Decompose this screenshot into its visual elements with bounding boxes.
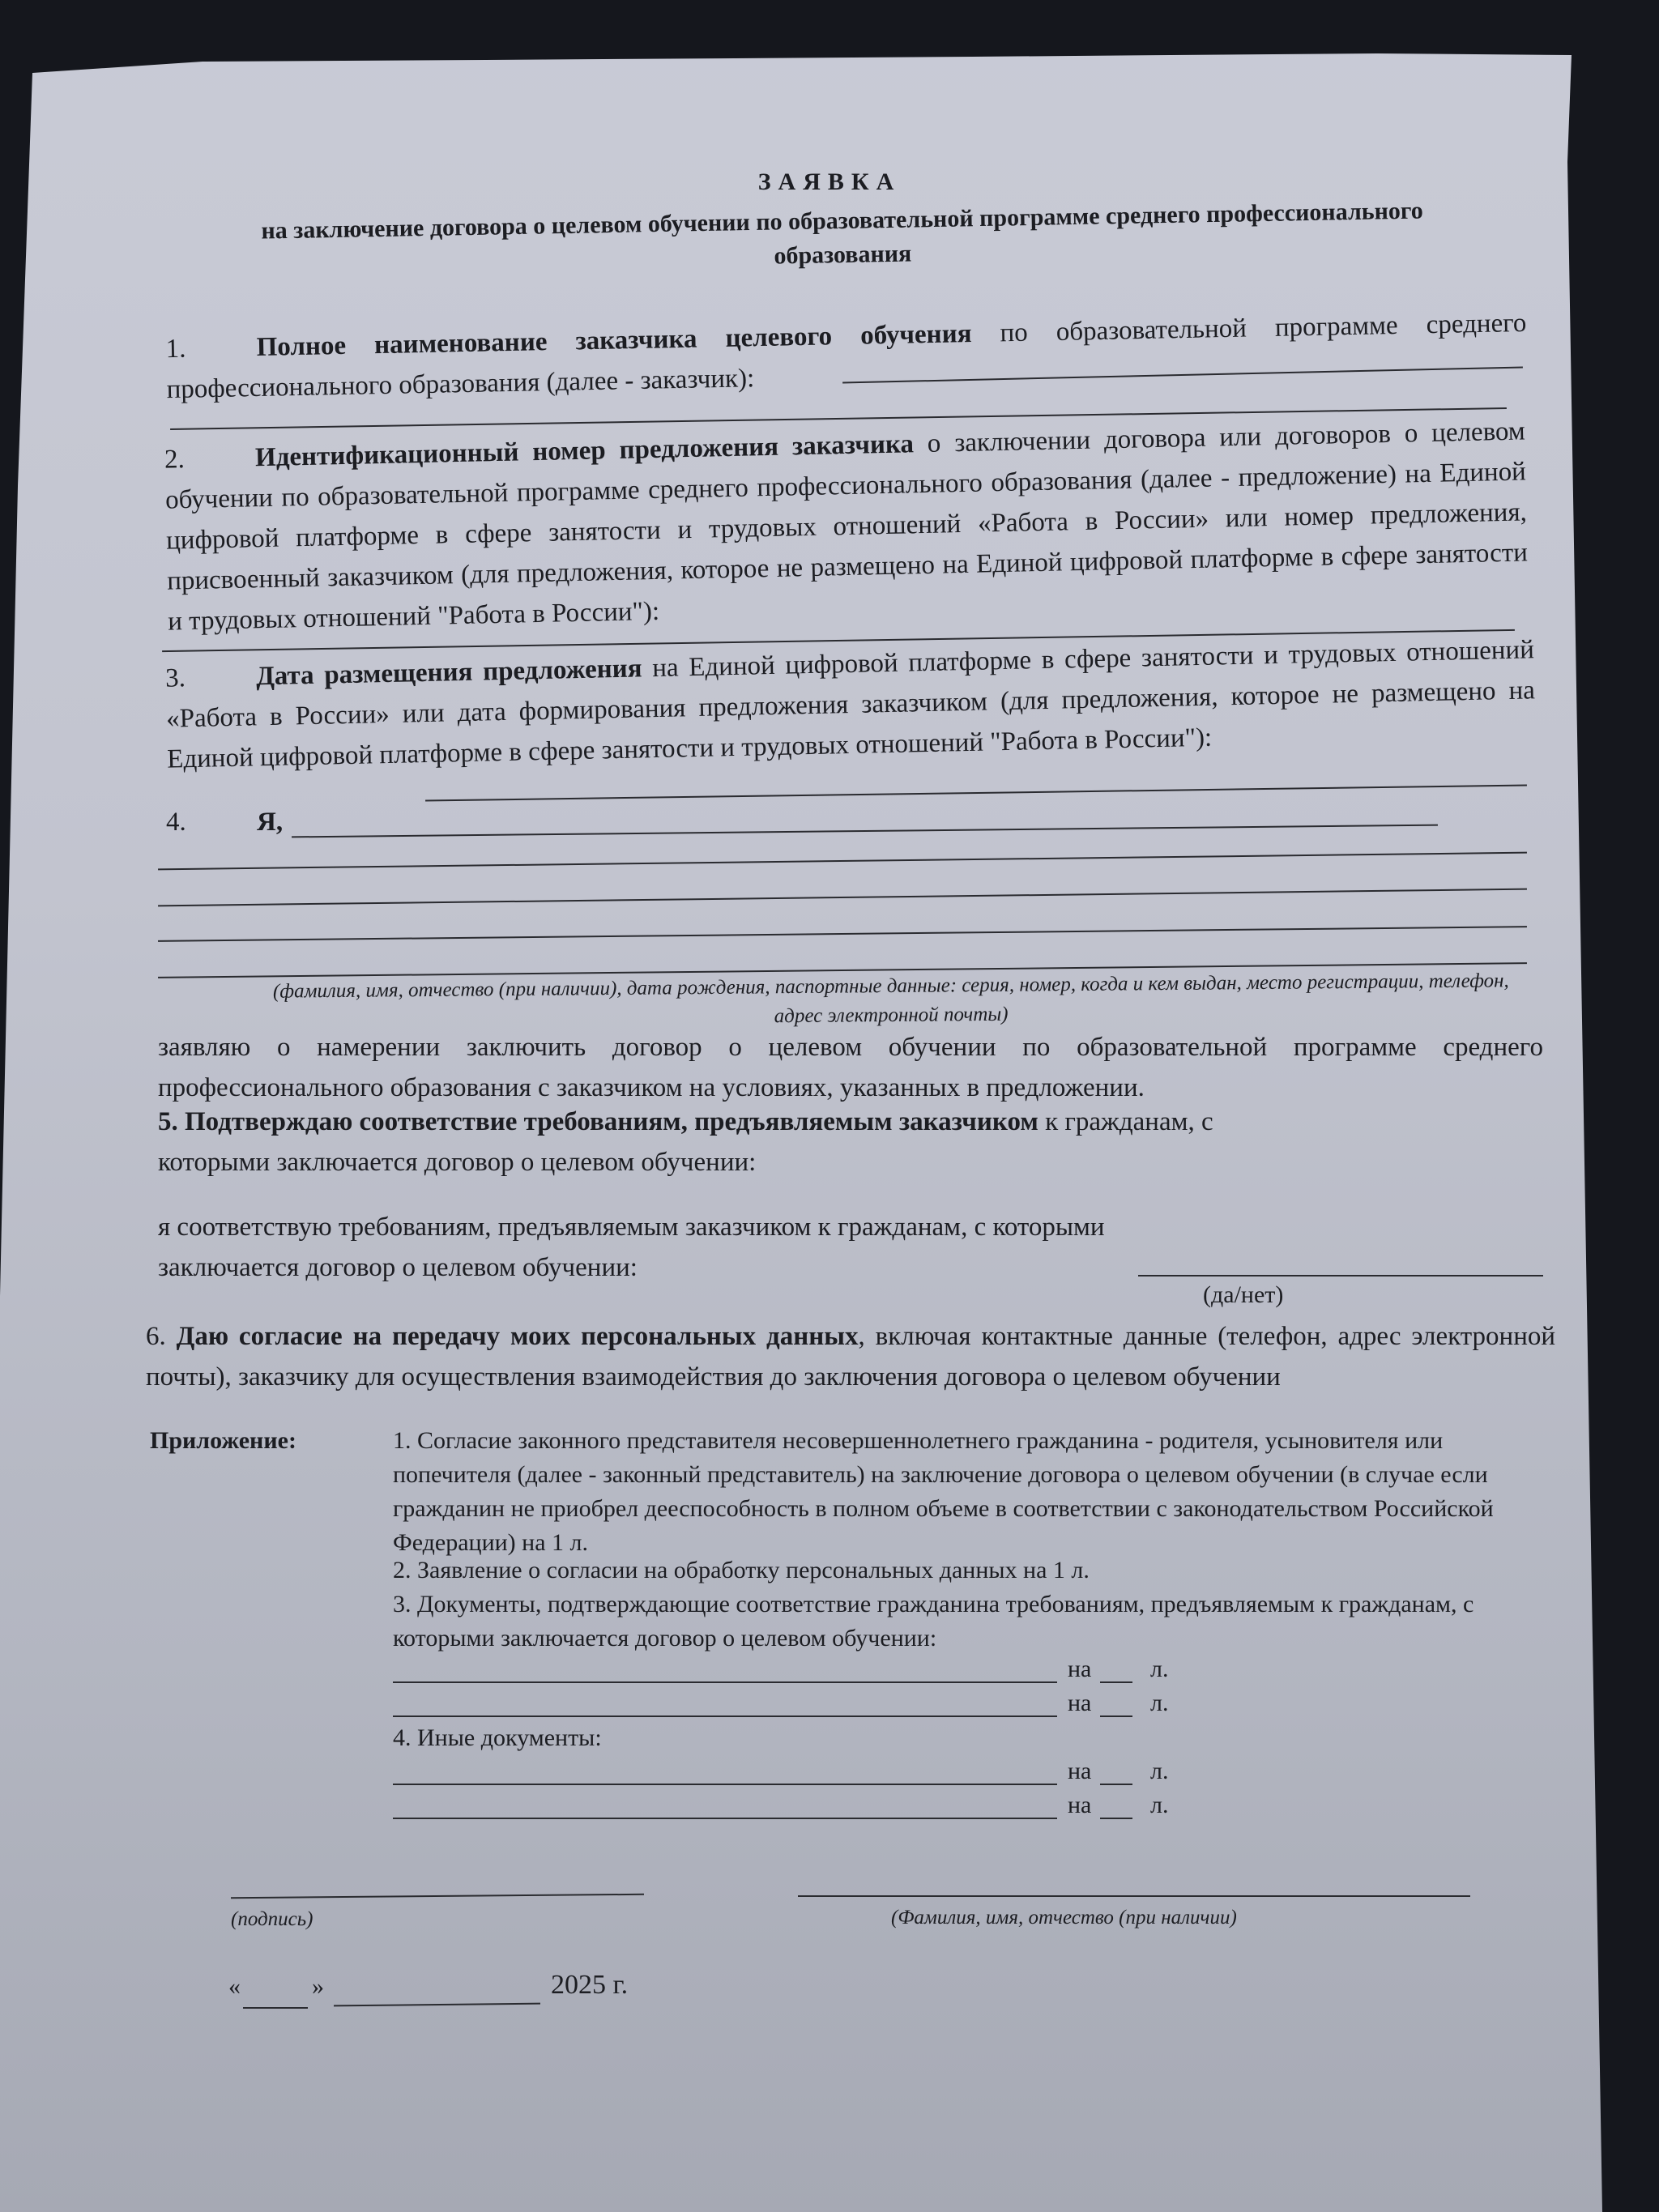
section-number: 6. xyxy=(146,1322,166,1351)
section-6: 6. Даю согласие на передачу моих персона… xyxy=(146,1316,1555,1397)
section-5: 5. Подтверждаю соответствие требованиям,… xyxy=(158,1102,1227,1183)
sheets-suffix: л. xyxy=(1150,1788,1168,1822)
signature-hint: (подпись) xyxy=(231,1905,313,1934)
section-heading: Даю согласие на передачу моих персональн… xyxy=(177,1322,859,1351)
requirements-statement: я соответствую требованиям, предъявляемы… xyxy=(158,1207,1146,1288)
sheets-prefix: на xyxy=(1068,1754,1091,1788)
applicant-data-hint: (фамилия, имя, отчество (при наличии), д… xyxy=(259,966,1524,1036)
document-title: ЗАЯВКА xyxy=(0,168,1659,196)
other-document-field-1[interactable] xyxy=(393,1784,1057,1785)
date-day-field[interactable] xyxy=(243,2007,308,2009)
sheets-suffix: л. xyxy=(1150,1754,1168,1788)
document-field-1[interactable] xyxy=(393,1681,1057,1683)
sheets-suffix: л. xyxy=(1150,1652,1168,1686)
sheets-suffix: л. xyxy=(1150,1686,1168,1720)
appendix-item-2: 2. Заявление о согласии на обработку пер… xyxy=(393,1554,1535,1588)
section-heading: Идентификационный номер предложения зака… xyxy=(255,429,915,472)
section-heading: Подтверждаю соответствие требованиям, пр… xyxy=(185,1107,1038,1136)
full-name-field[interactable] xyxy=(798,1895,1470,1897)
appendix-item-4: 4. Иные документы: xyxy=(393,1721,1527,1755)
date-close-quote: » xyxy=(312,1970,324,2004)
section-2: 2.Идентификационный номер предложения за… xyxy=(164,411,1529,641)
section-heading: Полное наименование заказчика целевого о… xyxy=(256,319,972,362)
section-text: на Единой цифровой платформе в сфере зан… xyxy=(166,635,1535,774)
section-number: 3. xyxy=(165,656,257,698)
answer-hint: (да/нет) xyxy=(1203,1281,1283,1309)
section-4-statement: заявляю о намерении заключить договор о … xyxy=(158,1027,1543,1108)
full-name-hint: (Фамилия, имя, отчество (при наличии) xyxy=(891,1903,1237,1933)
sheets-count-field-2[interactable] xyxy=(1100,1715,1132,1717)
section-number: 1. xyxy=(165,327,257,369)
sheets-prefix: на xyxy=(1068,1652,1091,1686)
sheets-count-field-1[interactable] xyxy=(1100,1681,1132,1683)
requirements-answer-field[interactable] xyxy=(1138,1275,1543,1276)
section-number: 2. xyxy=(164,437,256,479)
sheets-count-field-4[interactable] xyxy=(1100,1818,1132,1819)
appendix-item-1: 1. Согласие законного представителя несо… xyxy=(393,1424,1535,1560)
date-open-quote: « xyxy=(228,1970,241,2004)
appendix-item-3: 3. Документы, подтверждающие соответстви… xyxy=(393,1588,1551,1656)
sheets-count-field-3[interactable] xyxy=(1100,1784,1132,1785)
document-field-2[interactable] xyxy=(393,1715,1057,1717)
date-year: 2025 г. xyxy=(551,1968,628,2002)
section-heading: Я, xyxy=(257,808,283,837)
section-number: 4. xyxy=(166,802,257,842)
sheets-prefix: на xyxy=(1068,1788,1091,1822)
appendix-label: Приложение: xyxy=(150,1424,296,1458)
section-number: 5. xyxy=(158,1107,178,1136)
sheets-prefix: на xyxy=(1068,1686,1091,1720)
section-heading: Дата размещения предложения xyxy=(256,654,642,691)
other-document-field-2[interactable] xyxy=(393,1818,1057,1819)
